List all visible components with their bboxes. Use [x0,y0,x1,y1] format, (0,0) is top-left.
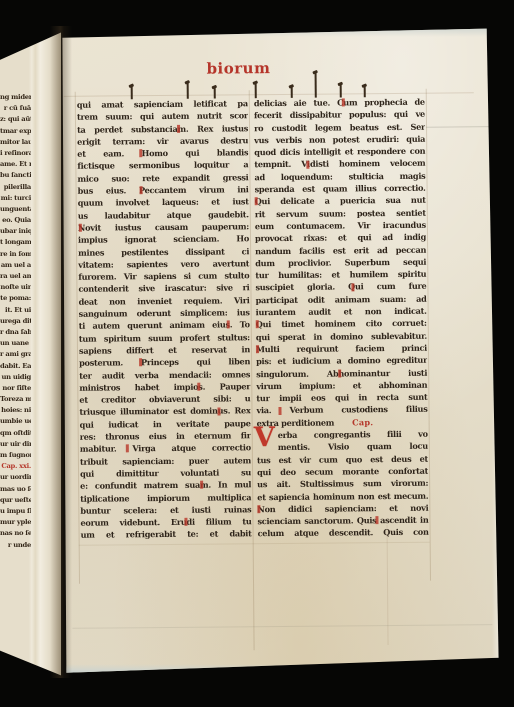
rubrication-mark [139,358,142,366]
rubrication-mark [140,186,143,194]
facing-text-fragment: t longam [0,237,31,248]
facing-page-text-fragments: ng miderr cū ſuāz: qui aūttmar explmitor… [0,92,31,562]
chapter-initial: V [254,424,277,451]
ascender-stroke-icon [315,72,317,98]
text-line: mabitur. Virga atque correctio [80,442,251,456]
rubrication-mark [126,445,129,453]
facing-text-fragment: z: qui aūt [0,114,31,125]
facing-text-fragment: ra uel am [0,271,31,282]
ascender-stroke-icon [131,85,133,99]
page-content: biorum qui amat sapienciam letificat pat… [55,24,502,680]
facing-text-fragment: r dna ſab [0,327,31,338]
facing-text-fragment: ubar iniq [0,226,31,237]
text-line: mentis. Visio quam locu [278,440,428,454]
facing-text-fragment: qur ueſte [0,495,31,506]
rubrication-mark [256,345,259,353]
facing-text-fragment: tmar expl [0,126,31,137]
text-line: ti autem querunt animam eius. To [79,319,250,333]
facing-text-fragment: mitor lau [0,137,31,148]
facing-text-fragment: it. Et ui [0,305,31,316]
ascender-stroke-icon [187,82,189,99]
facing-text-fragment: u impu ſi [0,506,31,517]
text-line: us ait. Stultissimus sum virorum: [257,477,428,491]
facing-text-fragment: nas no ſe [0,528,31,539]
facing-text-fragment: un uane ſu [0,338,31,349]
rubrication-mark [342,98,345,106]
text-line: contenderit sive irascatur: sive ri [78,282,249,296]
facing-text-fragment: re in ſom [0,249,31,260]
text-line: fictisque sermonibus loquitur a [77,159,248,173]
facing-text-fragment: mur yple. [0,517,31,528]
facing-text-fragment: dabit. Ea [0,361,31,372]
rubrication-mark [351,283,354,291]
rubrication-mark [184,518,187,526]
text-line: impius ignorat scienciam. Ho [78,233,249,247]
facing-text-fragment: ur uordim [0,472,31,483]
facing-text-fragment: eo. Quia [0,215,31,226]
ascender-stroke-icon [255,82,257,98]
ruling-line-bottom [79,542,430,546]
facing-text-fragment: r unde [0,540,31,551]
facing-text-fragment: mas uo ſe [0,484,31,495]
facing-text-fragment: te poma: [0,293,31,304]
facing-rubric-fragment: Cap. xxi. [0,461,31,472]
facing-text-fragment: qm oſtdit [0,428,31,439]
facing-text-fragment: m ſugnore [0,450,31,461]
facing-text-fragment: ur uir dim [0,439,31,450]
text-line: Qui delicate a puericia sua nut [255,194,426,208]
rubrication-mark [257,505,260,513]
facing-text-fragment: noſte uir [0,282,31,293]
text-column-left: qui amat sapienciam letificat patrem suu… [77,97,252,541]
chapter-rubric: Cap. xxx. [352,416,394,429]
book-gutter-shadow [50,26,72,678]
rubrication-mark [197,383,200,391]
manuscript-photo: ng miderr cū ſuāz: qui aūttmar explmitor… [0,0,514,707]
facing-text-fragment: r ami gra [0,349,31,360]
facing-text-fragment: ng mider [0,92,31,103]
facing-text-fragment: am uel a [0,260,31,271]
rubrication-mark [217,407,220,415]
text-line: posterum. Princeps qui liben [79,355,250,369]
rubrication-mark [79,224,82,232]
facing-text-fragment: pilerilla [0,182,31,193]
running-title: biorum [206,59,270,78]
facing-text-fragment: r cū ſuā [0,103,31,114]
facing-text-fragment: mi: turci [0,193,31,204]
text-line: pis: et iudicium a domino egreditur [256,354,427,368]
text-line: via. Verbum custodiens filius [256,403,427,417]
text-line: tempnit. Vidisti hominem velocem [254,157,425,171]
facing-text-fragment: Toreza m [0,394,31,405]
text-line: triusque illuminator est dominus. Rex [79,405,250,419]
ascender-stroke-icon [340,83,342,97]
text-line: um et refrigerabit te: et dabit [81,528,252,542]
text-line: celum atque descendit. Quis con [258,526,429,540]
text-column-right: V delicias aie tue. Cum prophecia defece… [254,96,429,540]
text-line: trem suum: qui autem nutrit scor [77,110,248,124]
rubrication-mark [139,149,142,157]
rubrication-mark [177,124,180,132]
text-line: e: confundit matrem suam. In mul [80,478,251,492]
manuscript-page: biorum qui amat sapienciam letificat pat… [58,26,499,678]
rubrication-mark [375,516,378,524]
facing-text-fragment: hoies: ni [0,405,31,416]
facing-text-fragment: ame. Et ru [0,159,31,170]
text-line: fecerit dissipabitur populus: qui ve [254,108,425,122]
rubrication-mark [306,160,309,168]
parchment-crease-lower [72,624,492,629]
text-line: quum involvet laqueus: et iust [78,196,249,210]
facing-text-fragment: nor ſiſte [0,383,31,394]
parchment-crease-upper [426,126,494,128]
text-line: provocat rixas: et qui ad indig [255,231,426,245]
rubrication-mark [338,369,341,377]
rubrication-mark [255,198,258,206]
rubrication-mark [256,321,259,329]
rubrication-mark [227,321,230,329]
facing-text-fragment: bu ſancti [0,170,31,181]
rubrication-mark [200,481,203,489]
facing-text-fragment: i reſinora [0,148,31,159]
facing-text-fragment: urega dit [0,316,31,327]
text-line: Qui timet hominem cito corruet: [256,317,427,331]
text-line: suscipiet gloria. Qui cum fure [255,280,426,294]
facing-text-fragment: un uidig [0,372,31,383]
ascender-flourishes [55,24,496,28]
facing-text-fragment: umbie uel [0,416,31,427]
rubrication-mark [278,406,281,414]
facing-text-fragment: unguenta [0,204,31,215]
